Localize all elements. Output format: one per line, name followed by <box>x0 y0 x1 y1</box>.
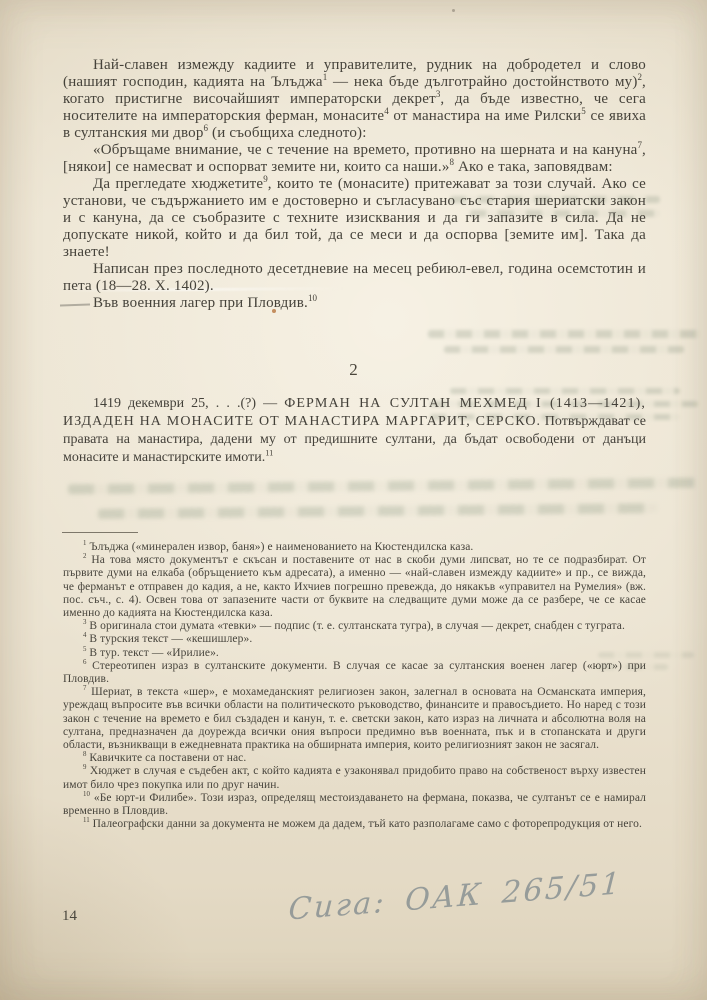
bleed-row <box>428 330 700 338</box>
footnote: 8 Кавичките са поставени от нас. <box>63 752 646 765</box>
paper-speck <box>452 9 455 12</box>
footnote: 5 В тур. текст — «Ирилие». <box>63 647 646 660</box>
bleed-row <box>450 388 680 394</box>
bleed-row <box>68 478 696 495</box>
paragraph-salutation: Най-славен измежду кадиите и управителит… <box>63 57 646 142</box>
footnote: 6 Стереотипен израз в султанските докуме… <box>63 660 646 686</box>
paragraph-complaint: «Обръщаме внимание, че с течение на врем… <box>63 142 646 176</box>
document-2-headnote: 1419 декември 25, . . .(?) — ФЕРМАН НА С… <box>63 395 646 467</box>
footnote: 10 «Бе юрт-и Филибе». Този израз, опреде… <box>63 792 646 818</box>
book-page: Най-славен измежду кадиите и управителит… <box>0 0 707 1000</box>
section-number: 2 <box>0 360 707 380</box>
bleed-row <box>98 503 658 519</box>
footnote: 11 Палеографски данни за документа не мо… <box>63 818 646 831</box>
footnote: 1 Ълъджа («минерален извор, баня») е наи… <box>63 541 646 554</box>
paragraph-order: Да прегледате хюджетите9, които те (мона… <box>63 176 646 261</box>
footnote: 9 Хюджет в случая е съдебен акт, с който… <box>63 765 646 791</box>
paragraph-place: Във военния лагер при Пловдив.10 <box>63 295 646 312</box>
bleed-row <box>444 346 684 353</box>
footnotes-block: 1 Ълъджа («минерален извор, баня») е наи… <box>63 541 646 831</box>
paragraph-date: Написан през последното десетдневие на м… <box>63 261 646 295</box>
document-1-text: Най-славен измежду кадиите и управителит… <box>63 57 646 312</box>
handwritten-annotation: Сига: ОАК 265/51 <box>288 859 707 927</box>
page-number: 14 <box>62 908 77 925</box>
bleed-through-text <box>428 330 700 353</box>
footnote: 4 В турския текст — «кешишлер». <box>63 633 646 646</box>
footnote: 3 В оригинала стои думата «тевки» — подп… <box>63 620 646 633</box>
bleed-through-script <box>68 481 696 516</box>
footnote: 2 На това място документът е скъсан и по… <box>63 554 646 620</box>
footnote-separator-rule <box>62 532 138 533</box>
footnote: 7 Шериат, в текста «шер», е мохамедански… <box>63 686 646 752</box>
